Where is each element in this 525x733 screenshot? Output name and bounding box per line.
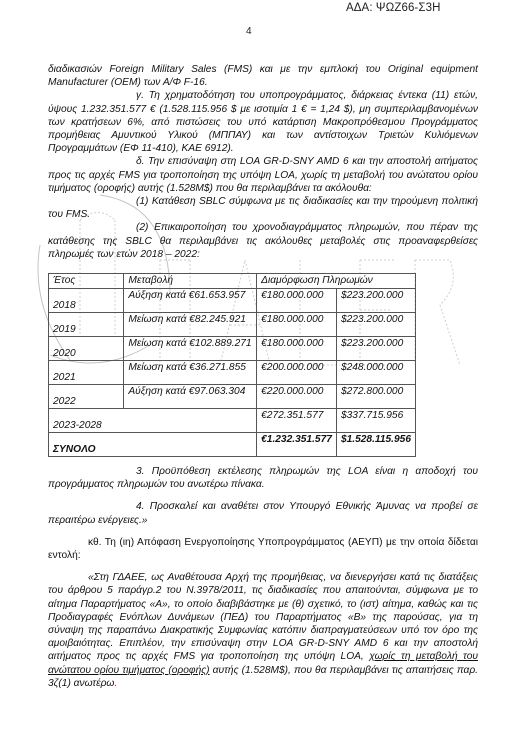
row-usd: $337.715.956 xyxy=(336,409,415,433)
row-year: 2021 xyxy=(49,361,124,385)
row-eur: €220.000.000 xyxy=(257,385,337,409)
header-year: Έτος xyxy=(49,274,124,289)
row-eur: €200.000.000 xyxy=(257,361,337,385)
paragraph-item-4-invite: 4. Προσκαλεί και αναθέτει στον Υπουργό Ε… xyxy=(48,500,478,526)
ada-code: ΑΔΑ: ΨΩΖ66-Σ3Η xyxy=(346,2,440,14)
paragraph-item-3-condition: 3. Προϋπόθεση εκτέλεσης πληρωμών της LOA… xyxy=(48,465,478,491)
table-total-row: ΣΥΝΟΛΟ €1.232.351.577 $1.528.115.956 xyxy=(49,433,416,457)
row-year: 2019 xyxy=(49,313,124,337)
total-usd: $1.528.115.956 xyxy=(336,433,415,457)
row-change: Μείωση κατά €102.889.271 xyxy=(124,337,257,361)
table-header-row: Έτος Μεταβολή Διαμόρφωση Πληρωμών xyxy=(49,274,416,289)
header-payments: Διαμόρφωση Πληρωμών xyxy=(257,274,416,289)
total-label: ΣΥΝΟΛΟ xyxy=(49,433,257,457)
paragraph-ktheta-aeyp: κθ. Τη (ιη) Απόφαση Ενεργοποίησης Υποπρο… xyxy=(48,536,478,562)
table-row: 2023-2028 €272.351.577 $337.715.956 xyxy=(49,409,416,433)
row-eur: €180.000.000 xyxy=(257,337,337,361)
total-eur: €1.232.351.577 xyxy=(257,433,337,457)
paragraph-quote-gdaee: «Στη ΓΔΑΕΕ, ως Αναθέτουσα Αρχή της προμή… xyxy=(48,571,478,690)
row-year: 2020 xyxy=(49,337,124,361)
table-row: 2022 Αύξηση κατά €97.063.304 €220.000.00… xyxy=(49,385,416,409)
document-body: διαδικασιών Foreign Military Sales (FMS)… xyxy=(48,63,478,261)
quote-text-a: «Στη ΓΔΑΕΕ, ως Αναθέτουσα Αρχή της προμή… xyxy=(48,572,478,662)
document-body-lower: 3. Προϋπόθεση εκτέλεσης πληρωμών της LOA… xyxy=(48,465,478,690)
row-usd: $223.200.000 xyxy=(336,337,415,361)
page-number: 4 xyxy=(246,26,252,37)
header-change: Μεταβολή xyxy=(124,274,257,289)
row-year: 2023-2028 xyxy=(49,409,257,433)
row-change: Αύξηση κατά €61.653.957 xyxy=(124,289,257,313)
row-usd: $272.800.000 xyxy=(336,385,415,409)
paragraph-delta-loa: δ. Την επισύναψη στη LOA GR-D-SNY AMD 6 … xyxy=(48,155,478,195)
table-row: 2020 Μείωση κατά €102.889.271 €180.000.0… xyxy=(49,337,416,361)
row-change: Μείωση κατά €82.245.921 xyxy=(124,313,257,337)
paragraph-item-1-sblc: (1) Κατάθεση SBLC σύμφωνα με τις διαδικα… xyxy=(48,195,478,221)
row-change: Αύξηση κατά €97.063.304 xyxy=(124,385,257,409)
row-eur: €272.351.577 xyxy=(257,409,337,433)
row-eur: €180.000.000 xyxy=(257,313,337,337)
row-eur: €180.000.000 xyxy=(257,289,337,313)
row-year: 2018 xyxy=(49,289,124,313)
row-usd: $223.200.000 xyxy=(336,313,415,337)
paragraph-fms-continuation: διαδικασιών Foreign Military Sales (FMS)… xyxy=(48,63,478,89)
row-year: 2022 xyxy=(49,385,124,409)
paragraph-gamma-funding: γ. Τη χρηματοδότηση του υποπρογράμματος,… xyxy=(48,89,478,155)
table-row: 2018 Αύξηση κατά €61.653.957 €180.000.00… xyxy=(49,289,416,313)
row-usd: $248.000.000 xyxy=(336,361,415,385)
payments-table: Έτος Μεταβολή Διαμόρφωση Πληρωμών 2018 Α… xyxy=(48,273,416,457)
table-row: 2021 Μείωση κατά €36.271.855 €200.000.00… xyxy=(49,361,416,385)
table-row: 2019 Μείωση κατά €82.245.921 €180.000.00… xyxy=(49,313,416,337)
row-change: Μείωση κατά €36.271.855 xyxy=(124,361,257,385)
quote-end-mark: . xyxy=(114,678,117,689)
paragraph-item-2-schedule: (2) Επικαιροποίηση του χρονοδιαγράμματος… xyxy=(48,221,478,261)
row-usd: $223.200.000 xyxy=(336,289,415,313)
